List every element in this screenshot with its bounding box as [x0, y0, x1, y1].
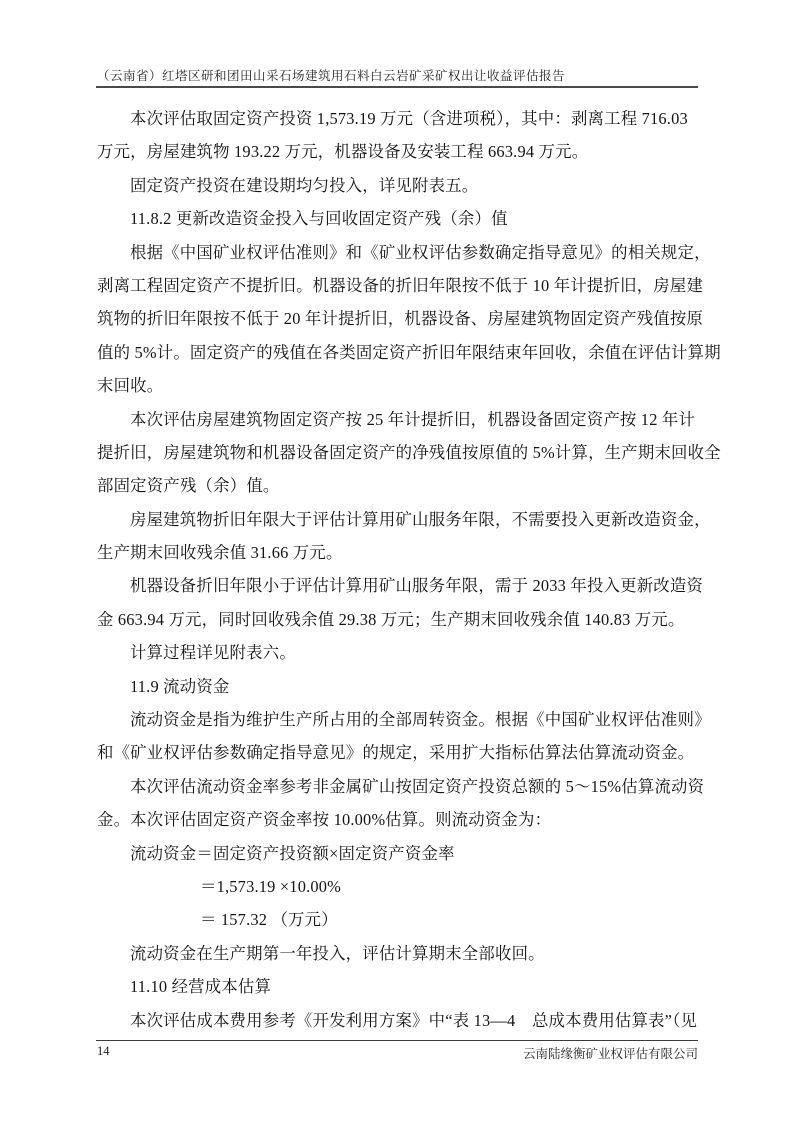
paragraph-line: 金。本次评估固定资产资金率按 10.00%估算。则流动资金为： [97, 803, 699, 836]
page-footer: 14 云南陆缘衡矿业权评估有限公司 [97, 1044, 698, 1062]
paragraph-line: 本次评估房屋建筑物固定资产按 25 年计提折旧，机器设备固定资产按 12 年计 [97, 403, 699, 436]
footer-divider [96, 1040, 698, 1041]
section-heading-11-9: 11.9 流动资金 [97, 670, 699, 703]
paragraph-line: 万元，房屋建筑物 193.22 万元，机器设备及安装工程 663.94 万元。 [97, 135, 699, 168]
formula-line: ＝ 157.32 （万元） [97, 903, 699, 936]
paragraph-line: 剥离工程固定资产不提折旧。机器设备的折旧年限按不低于 10 年计提折旧，房屋建 [97, 269, 699, 302]
formula-line: ＝1,573.19 ×10.00% [97, 870, 699, 903]
document-body: 本次评估取固定资产投资 1,573.19 万元（含进项税），其中：剥离工程 71… [97, 102, 699, 1037]
page-header-title: （云南省）红塔区研和团田山采石场建筑用石料白云岩矿采矿权出让收益评估报告 [97, 66, 737, 84]
paragraph-line: 根据《中国矿业权评估准则》和《矿业权评估参数确定指导意见》的相关规定， [97, 236, 699, 269]
footer-company-name: 云南陆缘衡矿业权评估有限公司 [523, 1044, 698, 1062]
paragraph-line: 计算过程详见附表六。 [97, 636, 699, 669]
paragraph-line: 固定资产投资在建设期均匀投入，详见附表五。 [97, 169, 699, 202]
paragraph-line: 流动资金是指为维护生产所占用的全部周转资金。根据《中国矿业权评估准则》 [97, 703, 699, 736]
paragraph-line: 本次评估取固定资产投资 1,573.19 万元（含进项税），其中：剥离工程 71… [97, 102, 699, 135]
paragraph-line: 流动资金在生产期第一年投入，评估计算期末全部收回。 [97, 937, 699, 970]
paragraph-line: 筑物的折旧年限按不低于 20 年计提折旧，机器设备、房屋建筑物固定资产残值按原 [97, 302, 699, 335]
paragraph-line: 生产期末回收残余值 31.66 万元。 [97, 536, 699, 569]
paragraph-line: 末回收。 [97, 369, 699, 402]
page-number: 14 [97, 1044, 110, 1059]
document-page: （云南省）红塔区研和团田山采石场建筑用石料白云岩矿采矿权出让收益评估报告 本次评… [0, 0, 794, 1123]
formula-line: 流动资金＝固定资产投资额×固定资产资金率 [97, 837, 699, 870]
paragraph-line: 房屋建筑物折旧年限大于评估计算用矿山服务年限，不需要投入更新改造资金， [97, 503, 699, 536]
section-heading-11-8-2: 11.8.2 更新改造资金投入与回收固定资产残（余）值 [97, 202, 699, 235]
paragraph-line: 本次评估成本费用参考《开发利用方案》中“表 13—4 总成本费用估算表”（见 [97, 1004, 699, 1037]
paragraph-line: 部固定资产残（余）值。 [97, 469, 699, 502]
paragraph-line: 值的 5%计。固定资产的残值在各类固定资产折旧年限结束年回收，余值在评估计算期 [97, 336, 699, 369]
paragraph-line: 金 663.94 万元，同时回收残余值 29.38 万元；生产期末回收残余值 1… [97, 603, 699, 636]
section-heading-11-10: 11.10 经营成本估算 [97, 970, 699, 1003]
paragraph-line: 本次评估流动资金率参考非金属矿山按固定资产投资总额的 5～15%估算流动资 [97, 770, 699, 803]
header-divider [96, 86, 698, 88]
paragraph-line: 提折旧，房屋建筑物和机器设备固定资产的净残值按原值的 5%计算，生产期末回收全 [97, 436, 699, 469]
paragraph-line: 机器设备折旧年限小于评估计算用矿山服务年限，需于 2033 年投入更新改造资 [97, 569, 699, 602]
paragraph-line: 和《矿业权评估参数确定指导意见》的规定，采用扩大指标估算法估算流动资金。 [97, 736, 699, 769]
